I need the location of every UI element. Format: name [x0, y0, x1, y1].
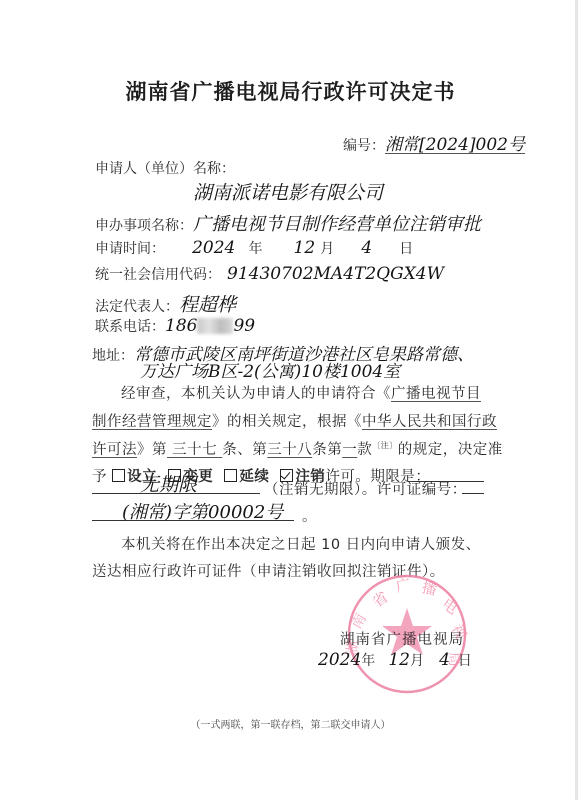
decision-document-page: 湖南省广播电视局行政许可决定书 编号：湘常[2024]002号 申请人（单位）名…: [0, 0, 578, 800]
term-note: （注销无期限）。许可证编号：: [264, 478, 467, 499]
signature-day: 4: [439, 650, 450, 670]
svg-text:省: 省: [369, 588, 392, 611]
date-year: 2024: [192, 238, 235, 258]
signature-month-unit: 月: [410, 653, 424, 669]
date-label: 申请时间：: [95, 241, 165, 257]
phone-label: 联系电话：: [95, 319, 165, 335]
regulation-name-part2: 制作经营管理规定: [92, 414, 212, 430]
footer-note: （一式两联，第一联存档，第二联交申请人）: [0, 716, 581, 731]
applicant-value: 湖南派诺电影有限公司: [193, 178, 383, 205]
body-line-3: 许可法》第 三十七 条、第三十八条第一款〔注〕的规定，决定准: [92, 438, 503, 459]
item-label: 申办事项名称：: [95, 218, 193, 234]
note-mark: 〔注〕: [372, 441, 398, 450]
body-text: 经审查，本机关认为申请人的申请符合《: [121, 386, 391, 402]
number-value: 湘常[2024]002号: [385, 135, 525, 155]
grant-prefix: 予: [92, 469, 107, 485]
address-line2: 万达广场B区-2(公寓)10楼1004室: [140, 357, 400, 382]
item-row: 申办事项名称：广播电视节目制作经营单位注销审批: [95, 210, 481, 236]
body-text: 》的相关规定，根据《: [212, 414, 362, 430]
article-number-1: 三十七: [167, 442, 222, 458]
document-number: 编号：湘常[2024]002号: [343, 130, 525, 155]
signature-month: 12: [388, 650, 410, 670]
phone-row: 联系电话：18699: [95, 316, 255, 336]
legal-rep-row: 法定代表人：程超桦: [95, 290, 236, 317]
date-month: 12: [294, 238, 316, 258]
body-text: 的规定，决定准: [398, 442, 503, 458]
article-number-2: 三十八: [267, 442, 312, 458]
option-renew: 延续: [224, 469, 269, 485]
credit-code-label: 统一社会信用代码：: [95, 267, 221, 283]
signature-year: 2024: [318, 650, 361, 670]
signature-date: 2024年 12月 4日: [318, 650, 472, 670]
regulation-name-part1: 广播电视节目: [391, 386, 481, 402]
date-day: 4: [361, 238, 372, 258]
license-period: 。: [302, 505, 317, 526]
signature-year-unit: 年: [361, 653, 375, 669]
body-paragraph-2-line-1: 本机关将在作出本决定之日起 10 日内向申请人颁发、: [121, 533, 481, 554]
date-year-unit: 年: [248, 241, 262, 257]
term-value: 无期限: [140, 470, 197, 497]
signature-authority: 湖南省广播电视局: [340, 628, 464, 649]
date-row: 申请时间： 2024 年 12 月 4 日: [95, 238, 413, 258]
phone-redacted-blur: [197, 318, 233, 334]
svg-text:广: 广: [394, 575, 412, 596]
date-month-unit: 月: [320, 241, 334, 257]
license-blank-line-1: [462, 493, 484, 494]
body-text: 条第: [312, 442, 342, 458]
body-text: 条、第: [222, 442, 267, 458]
phone-suffix: 99: [233, 316, 255, 336]
legal-rep-label: 法定代表人：: [95, 299, 179, 315]
license-value: (湘常)字第00002号: [122, 498, 283, 524]
law-name-part2: 许可法: [92, 442, 137, 458]
document-title: 湖南省广播电视局行政许可决定书: [0, 76, 581, 106]
checkbox-establish: [112, 469, 125, 482]
body-line-1: 经审查，本机关认为申请人的申请符合《广播电视节目: [121, 382, 481, 403]
body-text: 款: [357, 442, 372, 458]
address-label: 地址：: [92, 348, 134, 364]
date-day-unit: 日: [399, 241, 413, 257]
clause-number: 一: [342, 442, 357, 458]
body-text: 》第: [137, 442, 167, 458]
phone-prefix: 186: [165, 316, 197, 336]
legal-rep-value: 程超桦: [179, 294, 236, 316]
credit-code-value: 91430702MA4T2QGX4W: [227, 264, 444, 284]
svg-text:电: 电: [439, 595, 462, 618]
svg-text:播: 播: [420, 578, 438, 599]
number-label: 编号：: [343, 138, 385, 154]
applicant-label: 申请人（单位）名称：: [95, 158, 235, 178]
checkbox-renew: [224, 469, 237, 482]
body-line-2: 制作经营管理规定》的相关规定，根据《中华人民共和国行政: [92, 410, 497, 431]
signature-day-unit: 日: [458, 653, 472, 669]
law-name-part1: 中华人民共和国行政: [362, 414, 497, 430]
item-value: 广播电视节目制作经营单位注销审批: [193, 214, 481, 235]
credit-code-row: 统一社会信用代码：91430702MA4T2QGX4W: [95, 264, 444, 284]
